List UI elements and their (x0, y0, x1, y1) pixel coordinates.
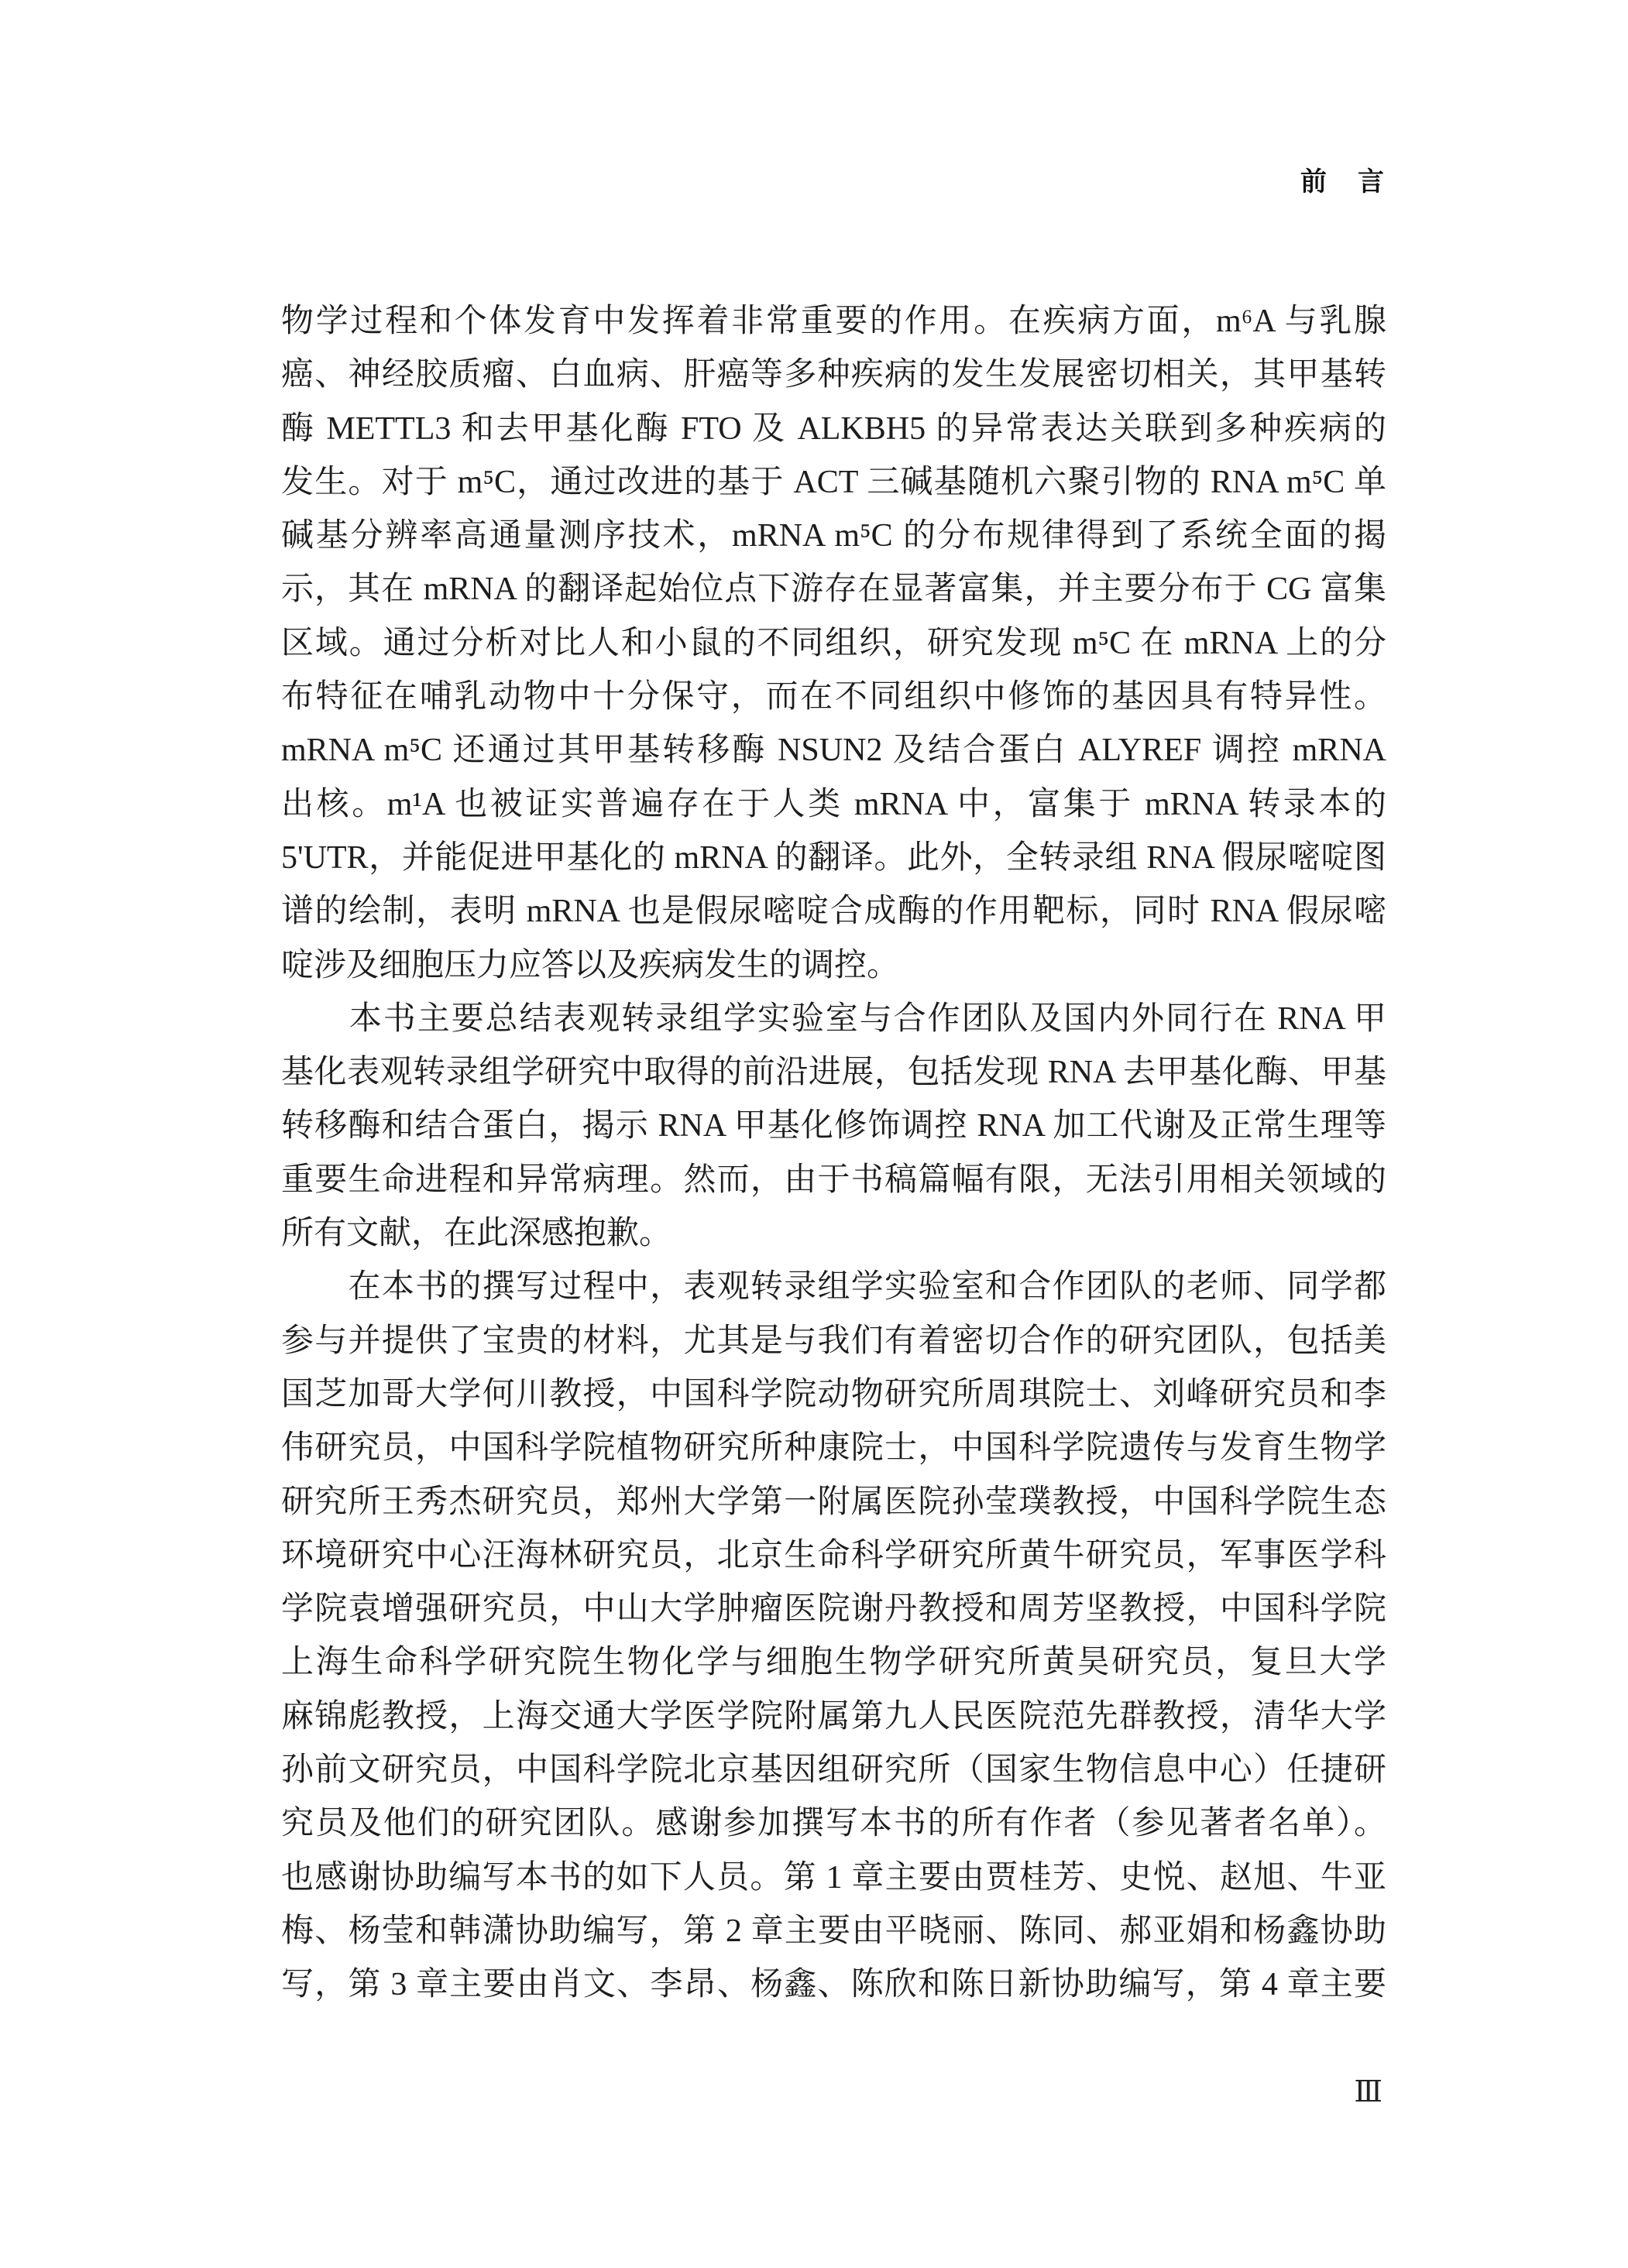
text-line: 参与并提供了宝贵的材料，尤其是与我们有着密切合作的研究团队，包括美 (281, 1315, 1386, 1368)
text-line: 基化表观转录组学研究中取得的前沿进展，包括发现 RNA 去甲基化酶、甲基 (281, 1046, 1386, 1100)
text-line: 写，第 3 章主要由肖文、李昂、杨鑫、陈欣和陈日新协助编写，第 4 章主要由张 (281, 1958, 1386, 2012)
paragraph: 在本书的撰写过程中，表观转录组学实验室和合作团队的老师、同学都参与并提供了宝贵的… (281, 1261, 1386, 2012)
paragraph: 本书主要总结表观转录组学实验室与合作团队及国内外同行在 RNA 甲基化表观转录组… (281, 993, 1386, 1261)
text-line: 布特征在哺乳动物中十分保守，而在不同组织中修饰的基因具有特异性。 (281, 671, 1386, 724)
running-header: 前 言 (281, 167, 1386, 198)
text-line: 癌、神经胶质瘤、白血病、肝癌等多种疾病的发生发展密切相关，其甲基转移 (281, 348, 1386, 402)
text-line: 区域。通过分析对比人和小鼠的不同组织，研究发现 m⁵C 在 mRNA 上的分 (281, 617, 1386, 671)
text-line: 谱的绘制，表明 mRNA 也是假尿嘧啶合成酶的作用靶标，同时 RNA 假尿嘧 (281, 885, 1386, 938)
text-line: 伟研究员，中国科学院植物研究所种康院士，中国科学院遗传与发育生物学 (281, 1422, 1386, 1475)
text-line: 本书主要总结表观转录组学实验室与合作团队及国内外同行在 RNA 甲 (281, 993, 1386, 1046)
text-line: 学院袁增强研究员，中山大学肿瘤医院谢丹教授和周芳坚教授，中国科学院 (281, 1583, 1386, 1636)
text-line: 环境研究中心汪海林研究员，北京生命科学研究所黄牛研究员，军事医学科 (281, 1529, 1386, 1583)
text-line: 转移酶和结合蛋白，揭示 RNA 甲基化修饰调控 RNA 加工代谢及正常生理等 (281, 1100, 1386, 1153)
text-line: 碱基分辨率高通量测序技术，mRNA m⁵C 的分布规律得到了系统全面的揭 (281, 510, 1386, 563)
text-line: 在本书的撰写过程中，表观转录组学实验室和合作团队的老师、同学都 (281, 1261, 1386, 1314)
text-line: 啶涉及细胞压力应答以及疾病发生的调控。 (281, 939, 1386, 993)
text-line: 物学过程和个体发育中发挥着非常重要的作用。在疾病方面，m⁶A 与乳腺 (281, 295, 1386, 348)
text-line: 上海生命科学研究院生物化学与细胞生物学研究所黄昊研究员，复旦大学 (281, 1636, 1386, 1690)
page-number: Ⅲ (281, 2075, 1382, 2109)
text-line: 究员及他们的研究团队。感谢参加撰写本书的所有作者（参见著者名单）。 (281, 1797, 1386, 1851)
text-line: 孙前文研究员，中国科学院北京基因组研究所（国家生物信息中心）任捷研 (281, 1744, 1386, 1797)
text-line: 也感谢协助编写本书的如下人员。第 1 章主要由贾桂芳、史悦、赵旭、牛亚 (281, 1851, 1386, 1905)
text-line: 梅、杨莹和韩潇协助编写，第 2 章主要由平晓丽、陈同、郝亚娟和杨鑫协助编 (281, 1905, 1386, 1958)
text-line: 所有文献，在此深感抱歉。 (281, 1207, 1386, 1261)
text-line: mRNA m⁵C 还通过其甲基转移酶 NSUN2 及结合蛋白 ALYREF 调控… (281, 724, 1386, 777)
text-line: 酶 METTL3 和去甲基化酶 FTO 及 ALKBH5 的异常表达关联到多种疾… (281, 403, 1386, 456)
paragraph: 物学过程和个体发育中发挥着非常重要的作用。在疾病方面，m⁶A 与乳腺癌、神经胶质… (281, 295, 1386, 993)
text-line: 重要生命进程和异常病理。然而，由于书稿篇幅有限，无法引用相关领域的 (281, 1154, 1386, 1207)
text-line: 麻锦彪教授，上海交通大学医学院附属第九人民医院范先群教授，清华大学 (281, 1690, 1386, 1744)
text-line: 示，其在 mRNA 的翻译起始位点下游存在显著富集，并主要分布于 CG 富集 (281, 563, 1386, 616)
text-line: 出核。m¹A 也被证实普遍存在于人类 mRNA 中，富集于 mRNA 转录本的 (281, 778, 1386, 832)
text-line: 发生。对于 m⁵C，通过改进的基于 ACT 三碱基随机六聚引物的 RNA m⁵C… (281, 456, 1386, 510)
text-line: 国芝加哥大学何川教授，中国科学院动物研究所周琪院士、刘峰研究员和李 (281, 1368, 1386, 1422)
text-line: 5'UTR，并能促进甲基化的 mRNA 的翻译。此外，全转录组 RNA 假尿嘧啶… (281, 832, 1386, 885)
body-text: 物学过程和个体发育中发挥着非常重要的作用。在疾病方面，m⁶A 与乳腺癌、神经胶质… (281, 295, 1386, 2012)
book-page: 前 言 物学过程和个体发育中发挥着非常重要的作用。在疾病方面，m⁶A 与乳腺癌、… (0, 0, 1628, 2268)
text-line: 研究所王秀杰研究员，郑州大学第一附属医院孙莹璞教授，中国科学院生态 (281, 1476, 1386, 1529)
